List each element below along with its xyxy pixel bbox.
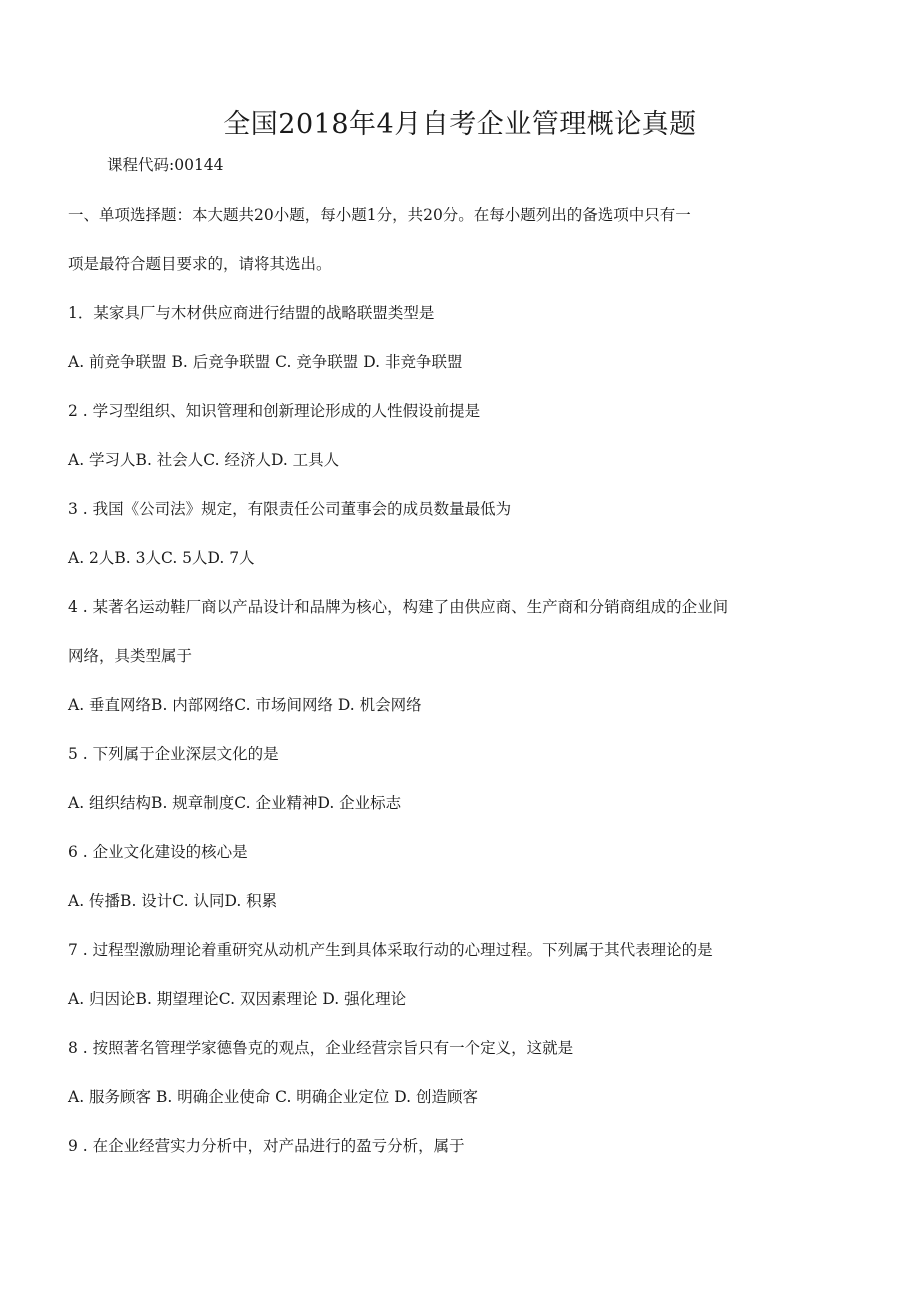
question-stem: 8 . 按照著名管理学家德鲁克的观点，企业经营宗旨只有一个定义，这就是 bbox=[68, 1038, 573, 1058]
question-stem: 6 . 企业文化建设的核心是 bbox=[68, 842, 248, 862]
question-stem: 2 . 学习型组织、知识管理和创新理论形成的人性假设前提是 bbox=[68, 401, 480, 421]
question-stem-line-1: 4 . 某著名运动鞋厂商以产品设计和品牌为核心，构建了由供应商、生产商和分销商组… bbox=[68, 597, 728, 617]
question-options: A. 前竞争联盟 B. 后竞争联盟 C. 竞争联盟 D. 非竞争联盟 bbox=[68, 352, 462, 372]
course-code: 课程代码:00144 bbox=[107, 155, 224, 175]
question-stem: 9 . 在企业经营实力分析中，对产品进行的盈亏分析，属于 bbox=[68, 1136, 465, 1156]
question-options: A. 垂直网络B. 内部网络C. 市场间网络 D. 机会网络 bbox=[68, 695, 422, 715]
question-stem: 5 . 下列属于企业深层文化的是 bbox=[68, 744, 279, 764]
document-title: 全国2018年4月自考企业管理概论真题 bbox=[0, 102, 920, 141]
section-heading-line-2: 项是最符合题目要求的，请将其选出。 bbox=[68, 254, 332, 274]
section-heading-line-1: 一、单项选择题：本大题共20小题，每小题1分，共20分。在每小题列出的备选项中只… bbox=[68, 205, 691, 225]
question-options: A. 服务顾客 B. 明确企业使命 C. 明确企业定位 D. 创造顾客 bbox=[68, 1087, 478, 1107]
question-stem: 7 . 过程型激励理论着重研究从动机产生到具体采取行动的心理过程。下列属于其代表… bbox=[68, 940, 713, 960]
question-options: A. 归因论B. 期望理论C. 双因素理论 D. 强化理论 bbox=[68, 989, 406, 1009]
document-page: 全国2018年4月自考企业管理概论真题 课程代码:00144 一、单项选择题：本… bbox=[0, 0, 920, 1303]
question-options: A. 学习人B. 社会人C. 经济人D. 工具人 bbox=[68, 450, 339, 470]
question-stem: 1．某家具厂与木材供应商进行结盟的战略联盟类型是 bbox=[68, 303, 434, 323]
question-options: A. 组织结构B. 规章制度C. 企业精神D. 企业标志 bbox=[68, 793, 401, 813]
question-options: A. 2人B. 3人C. 5人D. 7人 bbox=[68, 548, 255, 568]
question-stem: 3 . 我国《公司法》规定，有限责任公司董事会的成员数量最低为 bbox=[68, 499, 511, 519]
question-stem-line-2: 网络，具类型属于 bbox=[68, 646, 192, 666]
question-options: A. 传播B. 设计C. 认同D. 积累 bbox=[68, 891, 277, 911]
